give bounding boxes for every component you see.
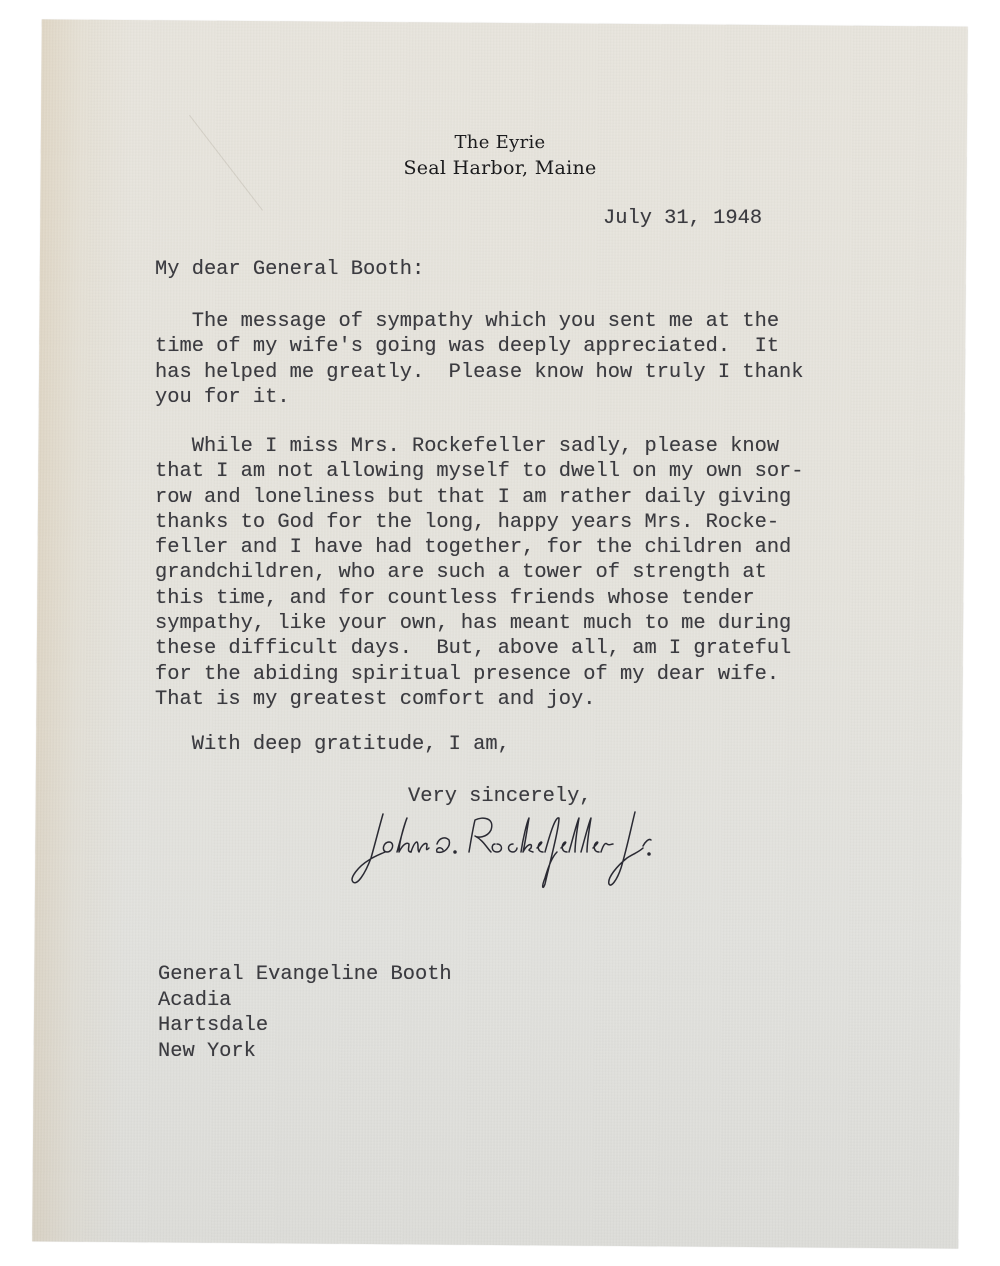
address-line-town: Hartsdale xyxy=(158,1014,268,1037)
address-line-estate: Acadia xyxy=(158,989,231,1012)
closing-line: With deep gratitude, I am, xyxy=(155,732,510,757)
letter-date: July 31, 1948 xyxy=(603,206,762,231)
recipient-address: General Evangeline Booth Acadia Hartsdal… xyxy=(158,962,452,1064)
letterhead-name: The Eyrie xyxy=(0,131,1000,155)
handwritten-signature: John D. Rockefeller Jr. xyxy=(345,808,705,898)
body-paragraph-2: While I miss Mrs. Rockefeller sadly, ple… xyxy=(155,434,804,712)
salutation: My dear General Booth: xyxy=(155,257,424,282)
signature-icon xyxy=(345,808,705,898)
body-paragraph-1: The message of sympathy which you sent m… xyxy=(155,309,804,410)
valediction: Very sincerely, xyxy=(408,784,592,809)
letterhead-location: Seal Harbor, Maine xyxy=(0,156,1000,180)
address-line-state: New York xyxy=(158,1040,256,1063)
address-line-name: General Evangeline Booth xyxy=(158,963,452,986)
